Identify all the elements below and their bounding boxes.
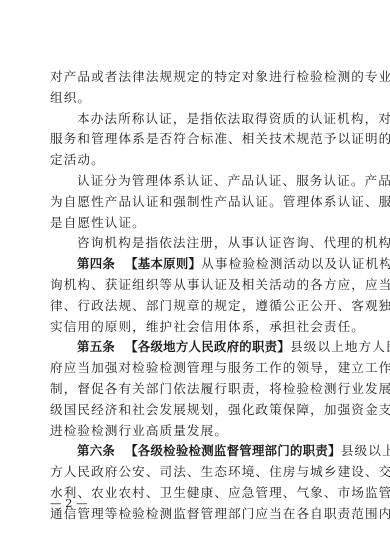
paragraph-line: 进检验检测行业高质量发展。 [50, 421, 342, 442]
article-5-heading-line: 第五条【各级地方人民政府的职责】县级以上地方人民政 [50, 337, 342, 358]
article-5-number: 第五条 [77, 339, 115, 354]
article-4-number: 第四条 [77, 256, 115, 271]
article-6-heading-line: 第六条【各级检验检测监督管理部门的职责】县级以上地 [50, 441, 342, 462]
paragraph-line: 通信管理等检验检测监督管理部门应当在各自职责范围内负责 [50, 504, 342, 525]
paragraph-line: 服务和管理体系是否符合标准、相关技术规范予以证明的合格评 [50, 129, 342, 150]
paragraph-line: 府应当加强对检验检测管理与服务工作的领导，建立工作协调机 [50, 358, 342, 379]
paragraph-line: 对产品或者法律法规规定的特定对象进行检验检测的专业技术 [50, 67, 342, 88]
document-body: 对产品或者法律法规规定的特定对象进行检验检测的专业技术 组织。 本办法所称认证，… [50, 67, 342, 525]
article-6-title: 【各级检验检测监督管理部门的职责】 [125, 443, 341, 458]
article-4-title: 【基本原则】 [125, 256, 201, 271]
paragraph-line: 定活动。 [50, 150, 342, 171]
paragraph-line: 级国民经济和社会发展规划，强化政策保障，加强资金支持，促 [50, 400, 342, 421]
article-5-text: 县级以上地方人民政 [290, 339, 390, 354]
article-4-heading-line: 第四条【基本原则】从事检验检测活动以及认证机构、咨 [50, 254, 342, 275]
paragraph-line: 咨询机构是指依法注册，从事认证咨询、代理的机构。 [50, 233, 342, 254]
paragraph-line: 实信用的原则，维护社会信用体系，承担社会责任。 [50, 317, 342, 338]
paragraph-line: 认证分为管理体系认证、产品认证、服务认证。产品认证分 [50, 171, 342, 192]
article-5-title: 【各级地方人民政府的职责】 [125, 339, 290, 354]
paragraph-line: 律、行政法规、部门规章的规定，遵循公正公开、客观独立、诚 [50, 296, 342, 317]
paragraph-line: 方人民政府公安、司法、生态环境、住房与城乡建设、交通运输、 [50, 462, 342, 483]
paragraph-line: 为自愿性产品认证和强制性产品认证。管理体系认证、服务认证 [50, 192, 342, 213]
article-4-text: 从事检验检测活动以及认证机构、咨 [201, 256, 390, 271]
paragraph-line: 是自愿性认证。 [50, 213, 342, 234]
document-page: 对产品或者法律法规规定的特定对象进行检验检测的专业技术 组织。 本办法所称认证，… [0, 0, 390, 551]
article-6-number: 第六条 [77, 443, 115, 458]
paragraph-line: 水利、农业农村、卫生健康、应急管理、气象、市场监管、人防、 [50, 483, 342, 504]
paragraph-line: 组织。 [50, 88, 342, 109]
page-number: — 2 — [50, 494, 88, 512]
paragraph-line: 询机构、获证组织等从事认证及相关活动的各方应，应当遵守法 [50, 275, 342, 296]
paragraph-line: 本办法所称认证，是指依法取得资质的认证机构，对产品、 [50, 109, 342, 130]
article-6-text: 县级以上地 [341, 443, 390, 458]
paragraph-line: 制，督促各有关部门依法履行职责，将检验检测行业发展纳入本 [50, 379, 342, 400]
